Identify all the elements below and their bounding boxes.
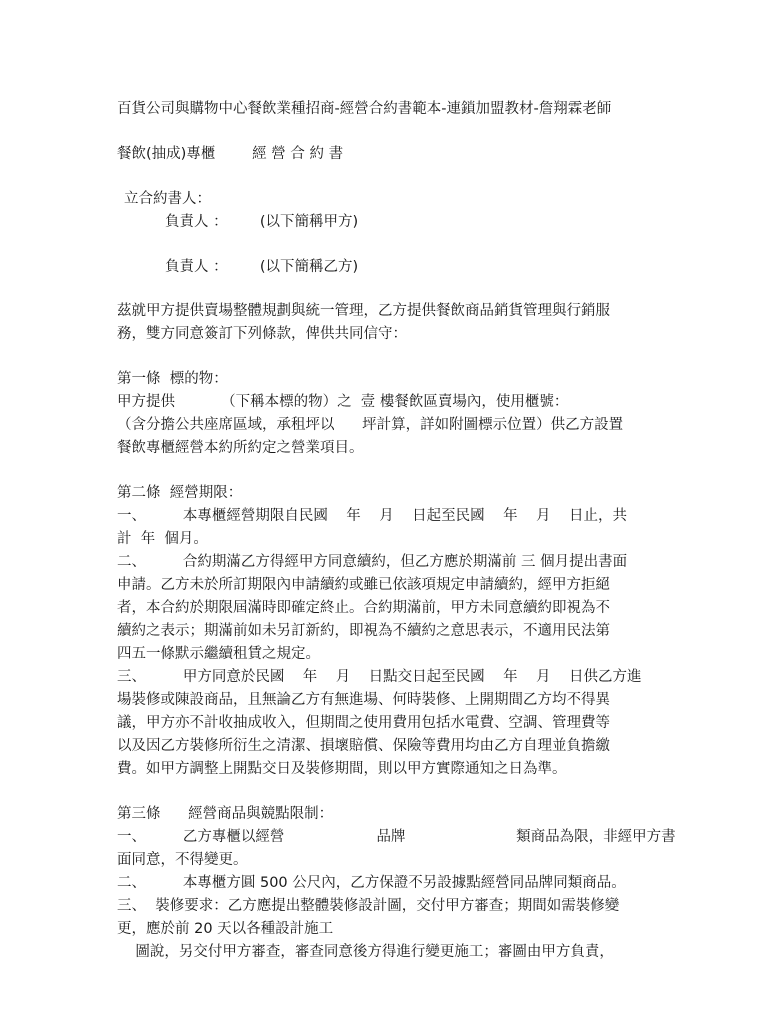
parties-heading: 立合約書人： [117, 188, 645, 211]
article1-line: （含分擔公共座席區域，承租坪以 坪計算，詳如附圖標示位置）供乙方設置 [117, 414, 645, 437]
document-subtitle: 餐飲(抽成)專櫃 經 營 合 約 書 [117, 143, 645, 166]
article1-line: 甲方提供 （下稱本標的物）之 壹 樓餐飲區賣場內，使用櫃號： [117, 391, 645, 414]
preamble-line-1: 茲就甲方提供賣場整體規劃與統一管理，乙方提供餐飲商品銷貨管理與行銷服 [117, 300, 645, 323]
article3-line: 面同意，不得變更。 [117, 849, 645, 872]
article2-line: 以及因乙方裝修所衍生之清潔、損壞賠償、保險等費用均由乙方自理並負擔繳 [117, 735, 645, 758]
party-b-line: 負責人 ： (以下簡稱乙方) [117, 256, 645, 279]
article2-heading: 第二條 經營期限： [117, 482, 645, 505]
article3-line: 一、 乙方專櫃以經營 品牌 類商品為限，非經甲方書 [117, 826, 645, 849]
article2-line: 場裝修或陳設商品，且無論乙方有無進場、何時裝修、上開期間乙方均不得異 [117, 689, 645, 712]
article2-line: 四五一條默示繼續租賃之規定。 [117, 643, 645, 666]
spacer [117, 234, 645, 256]
document-title: 百貨公司與購物中心餐飲業種招商-經營合約書範本-連鎖加盟教材-詹翔霖老師 [117, 98, 645, 121]
article3-line: 圖說，另交付甲方審查，審查同意後方得進行變更施工；審圖由甲方負責， [117, 941, 645, 964]
preamble-line-2: 務，雙方同意簽訂下列條款，俾供共同信守： [117, 323, 645, 346]
document-page: 百貨公司與購物中心餐飲業種招商-經營合約書範本-連鎖加盟教材-詹翔霖老師 餐飲(… [117, 98, 645, 964]
article2-line: 一、 本專櫃經營期限自民國 年 月 日起至民國 年 月 日止，共 [117, 505, 645, 528]
article2-line: 者，本合約於期限屆滿時即確定終止。合約期滿前，甲方未同意續約即視為不 [117, 597, 645, 620]
article2-line: 費。如甲方調整上開點交日及裝修期間，則以甲方實際通知之日為準。 [117, 758, 645, 781]
article3-line: 三、 裝修要求：乙方應提出整體裝修設計圖，交付甲方審查；期間如需裝修變 [117, 895, 645, 918]
article2-line: 續約之表示；期滿前如未另訂新約，即視為不續約之意思表示，不適用民法第 [117, 620, 645, 643]
article2-line: 三、 甲方同意於民國 年 月 日點交日起至民國 年 月 日供乙方進 [117, 666, 645, 689]
article1-line: 餐飲專櫃經營本約所約定之營業項目。 [117, 437, 645, 460]
article3-line: 更，應於前 20 天以各種設計施工 [117, 918, 645, 941]
spacer [117, 121, 645, 143]
spacer [117, 781, 645, 803]
article2-line: 申請。乙方未於所訂期限內申請續約或雖已依該項規定申請續約，經甲方拒絕 [117, 574, 645, 597]
spacer [117, 279, 645, 300]
article2-line: 計 年 個月。 [117, 528, 645, 551]
spacer [117, 166, 645, 188]
article3-line: 二、 本專櫃方圓 500 公尺內，乙方保證不另設據點經營同品牌同類商品。 [117, 872, 645, 895]
spacer [117, 460, 645, 482]
party-a-line: 負責人 ： (以下簡稱甲方) [117, 211, 645, 234]
spacer [117, 346, 645, 368]
article3-heading: 第三條 經營商品與競點限制： [117, 803, 645, 826]
article2-line: 議，甲方亦不計收抽成收入，但期間之使用費用包括水電費、空調、管理費等 [117, 712, 645, 735]
article1-heading: 第一條 標的物： [117, 368, 645, 391]
article2-line: 二、 合約期滿乙方得經甲方同意續約，但乙方應於期滿前 三 個月提出書面 [117, 551, 645, 574]
